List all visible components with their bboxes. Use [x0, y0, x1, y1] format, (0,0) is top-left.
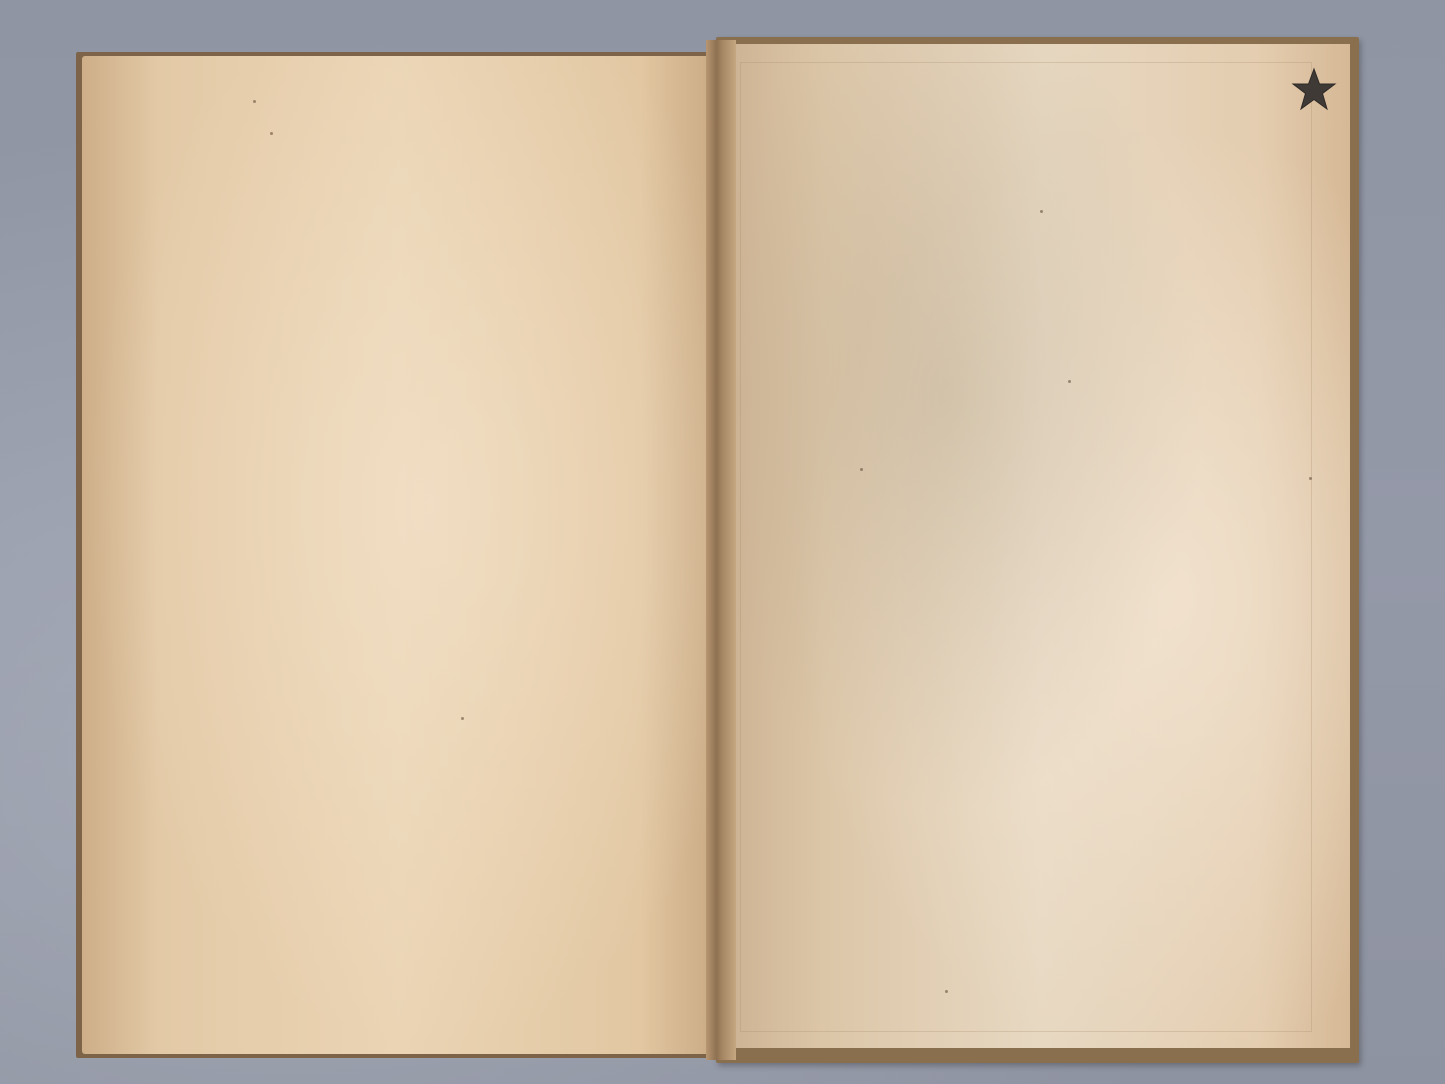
book-gutter: [706, 40, 736, 1060]
foxing-speck: [461, 717, 464, 720]
left-endpaper: [82, 56, 716, 1054]
foxing-speck: [945, 990, 948, 993]
foxing-speck: [1309, 477, 1312, 480]
foxing-speck: [1068, 380, 1071, 383]
foxing-speck: [253, 100, 256, 103]
star-icon: [1290, 66, 1338, 114]
foxing-speck: [860, 468, 863, 471]
photo-scene: [0, 0, 1445, 1084]
foxing-speck: [270, 132, 273, 135]
pastedown-edge: [740, 62, 1312, 1032]
foxing-speck: [1040, 210, 1043, 213]
